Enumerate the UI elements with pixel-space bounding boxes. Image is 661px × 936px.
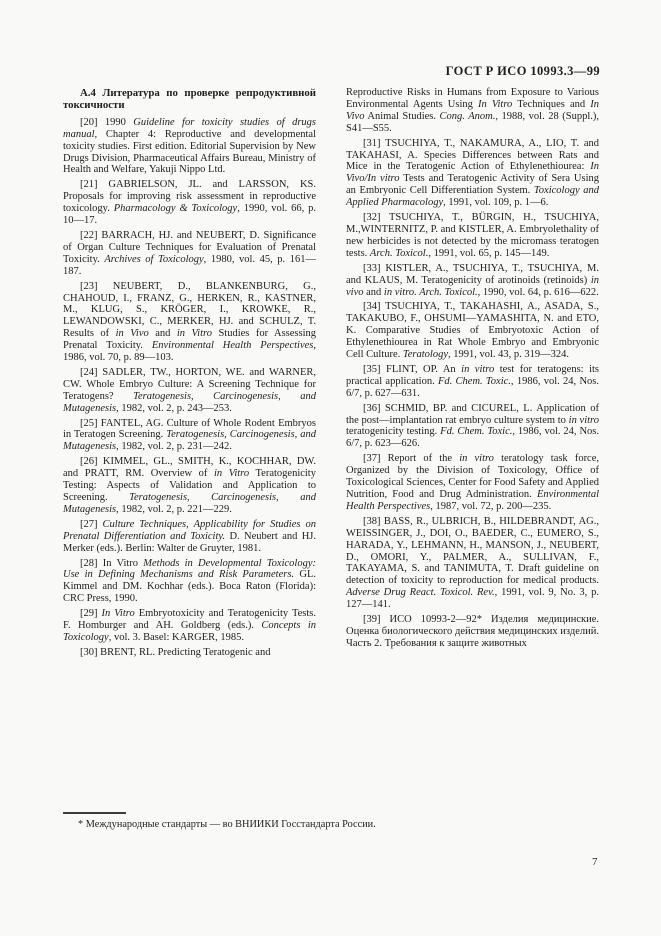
reference-item-32: [32] TSUCHIYA, T., BÜRGIN, H., TSUCHIYA,…: [346, 212, 599, 260]
reference-item-21: [21] GABRIELSON, JL. and LARSSON, KS. Pr…: [63, 179, 316, 227]
right-column: Reproductive Risks in Humans from Exposu…: [346, 87, 599, 650]
document-header: ГОСТ Р ИСО 10993.3—99: [347, 64, 600, 79]
reference-item-24: [24] SADLER, TW., HORTON, WE. and WARNER…: [63, 367, 316, 415]
reference-item-35: [35] FLINT, OP. An in vitro test for ter…: [346, 364, 599, 400]
footnote-divider: [63, 812, 126, 814]
reference-item-36: [36] SCHMID, BP. and CICUREL, L. Applica…: [346, 403, 599, 451]
page-number: 7: [592, 856, 598, 868]
reference-item-39: [39] ИСО 10993-2—92* Изделия медицинские…: [346, 614, 599, 650]
section-heading: А.4 Литература по проверке репродуктивно…: [63, 87, 316, 112]
reference-item-23: [23] NEUBERT, D., BLANKENBURG, G., CHAHO…: [63, 281, 316, 364]
reference-item-30: [30] BRENT, RL. Predicting Teratogenic a…: [63, 647, 316, 659]
reference-item-28: [28] In Vitro Methods in Developmental T…: [63, 558, 316, 606]
reference-item-25: [25] FANTEL, AG. Culture of Whole Rodent…: [63, 418, 316, 454]
reference-item-22: [22] BARRACH, HJ. and NEUBERT, D. Signif…: [63, 230, 316, 278]
footnote-text: * Международные стандарты — во ВНИИКИ Го…: [63, 819, 583, 831]
reference-item-26: [26] KIMMEL, GL., SMITH, K., KOCHHAR, DW…: [63, 456, 316, 516]
reference-item-29: [29] In Vitro Embryotoxicity and Teratog…: [63, 608, 316, 644]
reference-item-33: [33] KISTLER, A., TSUCHIYA, T., TSUCHIYA…: [346, 263, 599, 299]
reference-item-20: [20] 1990 Guideline for toxicity studies…: [63, 117, 316, 177]
reference-item-37: [37] Report of the in vitro teratology t…: [346, 453, 599, 513]
reference-item-34: [34] TSUCHIYA, T., TAKAHASHI, A., ASADA,…: [346, 301, 599, 361]
reference-item-31: [31] TSUCHIYA, T., NAKAMURA, A., LIO, T.…: [346, 138, 599, 209]
reference-item-27: [27] Culture Techniques, Applicability f…: [63, 519, 316, 555]
reference-item-38: [38] BASS, R., ULBRICH, B., HILDEBRANDT,…: [346, 516, 599, 611]
reference-item-30-continuation: Reproductive Risks in Humans from Exposu…: [346, 87, 599, 135]
document-page: ГОСТ Р ИСО 10993.3—99 А.4 Литература по …: [0, 0, 661, 936]
left-column: А.4 Литература по проверке репродуктивно…: [63, 87, 316, 659]
